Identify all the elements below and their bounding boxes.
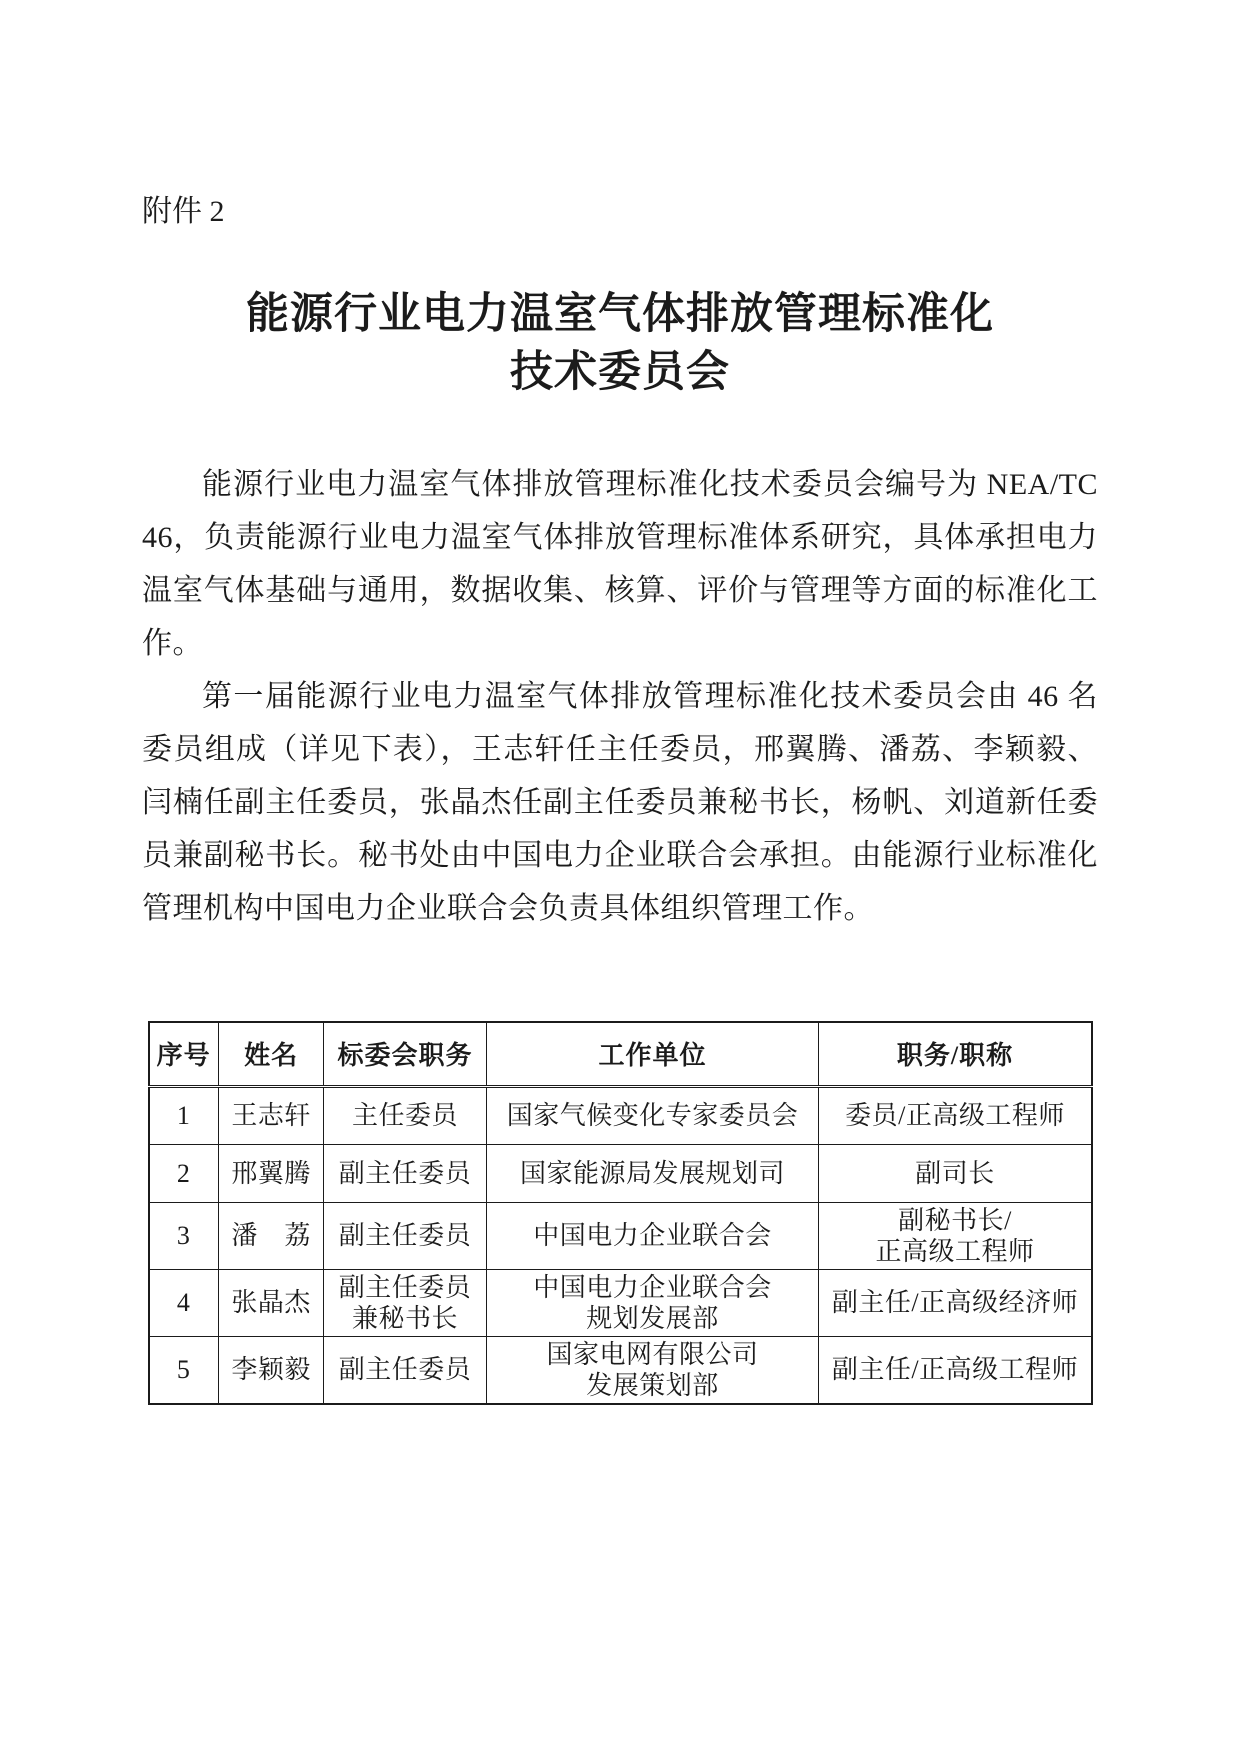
header-cell-index: 序号: [149, 1022, 219, 1086]
cell-role: 副主任委员 兼秘书长: [324, 1269, 486, 1336]
table-row: 5 李颖毅 副主任委员 国家电网有限公司 发展策划部 副主任/正高级工程师: [149, 1336, 1092, 1404]
cell-org: 中国电力企业联合会: [486, 1202, 819, 1269]
document-title: 能源行业电力温室气体排放管理标准化 技术委员会: [142, 286, 1098, 402]
cell-org: 国家能源局发展规划司: [486, 1144, 819, 1202]
cell-index: 2: [149, 1144, 219, 1202]
paragraph-membership: 第一届能源行业电力温室气体排放管理标准化技术委员会由 46 名委员组成（详见下表…: [142, 670, 1098, 935]
cell-org: 国家气候变化专家委员会: [486, 1086, 819, 1144]
document-title-line-1: 能源行业电力温室气体排放管理标准化: [142, 286, 1098, 344]
cell-index: 5: [149, 1336, 219, 1404]
body-text: 能源行业电力温室气体排放管理标准化技术委员会编号为 NEA/TC 46，负责能源…: [142, 458, 1098, 935]
table-row: 2 邢翼腾 副主任委员 国家能源局发展规划司 副司长: [149, 1144, 1092, 1202]
header-cell-name: 姓名: [218, 1022, 324, 1086]
cell-org: 中国电力企业联合会 规划发展部: [486, 1269, 819, 1336]
cell-role: 主任委员: [324, 1086, 486, 1144]
attachment-label: 附件 2: [142, 192, 1098, 232]
cell-title: 副司长: [819, 1144, 1092, 1202]
header-cell-role: 标委会职务: [324, 1022, 486, 1086]
cell-title: 副秘书长/ 正高级工程师: [819, 1202, 1092, 1269]
cell-index: 3: [149, 1202, 219, 1269]
cell-name: 邢翼腾: [218, 1144, 324, 1202]
header-cell-title: 职务/职称: [819, 1022, 1092, 1086]
cell-title: 委员/正高级工程师: [819, 1086, 1092, 1144]
cell-role: 副主任委员: [324, 1202, 486, 1269]
paragraph-intro: 能源行业电力温室气体排放管理标准化技术委员会编号为 NEA/TC 46，负责能源…: [142, 458, 1098, 670]
table-row: 1 王志轩 主任委员 国家气候变化专家委员会 委员/正高级工程师: [149, 1086, 1092, 1144]
cell-role: 副主任委员: [324, 1336, 486, 1404]
table-row: 3 潘 荔 副主任委员 中国电力企业联合会 副秘书长/ 正高级工程师: [149, 1202, 1092, 1269]
committee-table-body: 1 王志轩 主任委员 国家气候变化专家委员会 委员/正高级工程师 2 邢翼腾 副…: [149, 1086, 1092, 1404]
document-title-line-2: 技术委员会: [142, 344, 1098, 402]
cell-title: 副主任/正高级工程师: [819, 1336, 1092, 1404]
cell-name: 王志轩: [218, 1086, 324, 1144]
table-row: 4 张晶杰 副主任委员 兼秘书长 中国电力企业联合会 规划发展部 副主任/正高级…: [149, 1269, 1092, 1336]
committee-table-header: 序号 姓名 标委会职务 工作单位 职务/职称: [149, 1022, 1092, 1086]
cell-name: 李颖毅: [218, 1336, 324, 1404]
cell-org: 国家电网有限公司 发展策划部: [486, 1336, 819, 1404]
committee-table: 序号 姓名 标委会职务 工作单位 职务/职称 1 王志轩 主任委员 国家气候变化…: [148, 1021, 1093, 1405]
header-row: 序号 姓名 标委会职务 工作单位 职务/职称: [149, 1022, 1092, 1086]
cell-name: 张晶杰: [218, 1269, 324, 1336]
cell-role: 副主任委员: [324, 1144, 486, 1202]
cell-index: 4: [149, 1269, 219, 1336]
cell-title: 副主任/正高级经济师: [819, 1269, 1092, 1336]
cell-index: 1: [149, 1086, 219, 1144]
header-cell-org: 工作单位: [486, 1022, 819, 1086]
cell-name: 潘 荔: [218, 1202, 324, 1269]
document-page: 附件 2 能源行业电力温室气体排放管理标准化 技术委员会 能源行业电力温室气体排…: [0, 0, 1240, 1753]
